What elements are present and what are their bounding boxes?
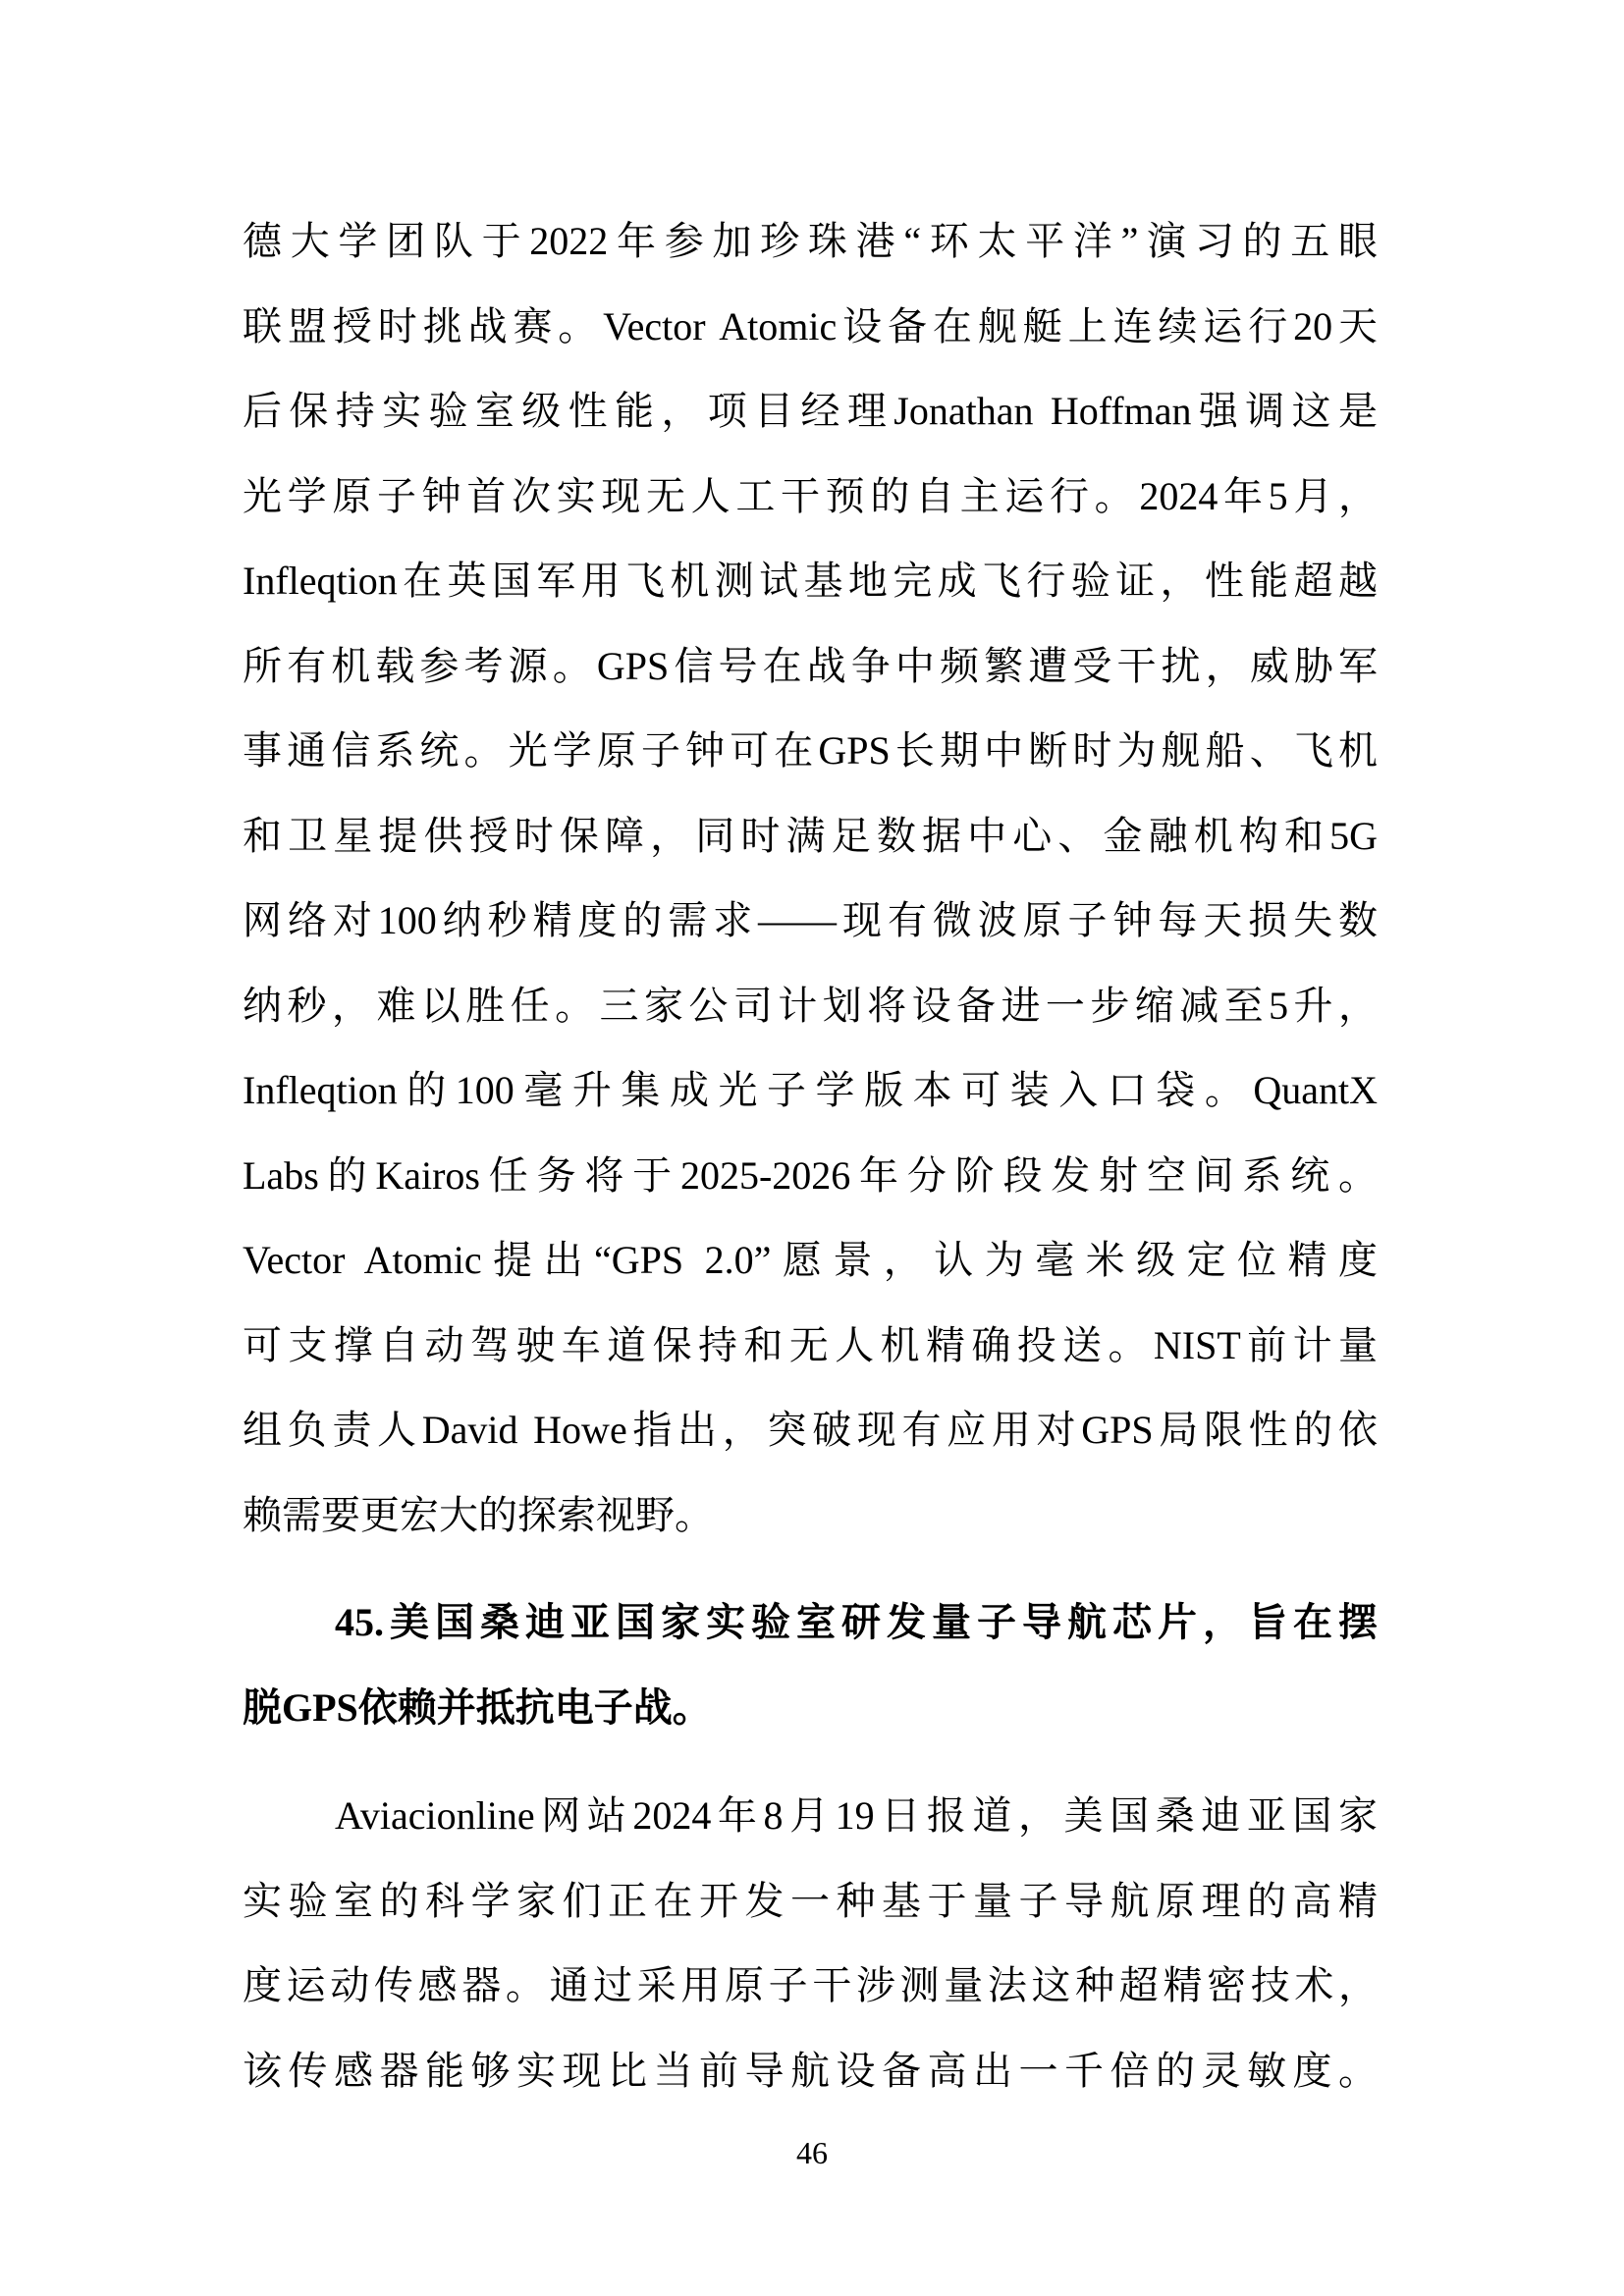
- body-line: 可支撑自动驾驶车道保持和无人机精确投送。NIST前计量: [243, 1304, 1378, 1389]
- body-line: Labs的Kairos任务将于2025-2026年分阶段发射空间系统。: [243, 1134, 1378, 1219]
- body-line: 联盟授时挑战赛。Vector Atomic设备在舰艇上连续运行20天: [243, 285, 1378, 370]
- section-heading-45: 45.美国桑迪亚国家实验室研发量子导航芯片，旨在摆 脱GPS依赖并抵抗电子战。: [243, 1580, 1378, 1750]
- body-line: 光学原子钟首次实现无人工干预的自主运行。2024年5月，: [243, 454, 1378, 540]
- page-body: 德大学团队于2022年参加珍珠港“环太平洋”演习的五眼 联盟授时挑战赛。Vect…: [243, 199, 1378, 2113]
- body-line: Vector Atomic提出“GPS 2.0”愿景，认为毫米级定位精度: [243, 1218, 1378, 1304]
- body-line: 和卫星提供授时保障，同时满足数据中心、金融机构和5G: [243, 794, 1378, 880]
- body-line: 赖需要更宏大的探索视野。: [243, 1473, 1378, 1559]
- body-line: 实验室的科学家们正在开发一种基于量子导航原理的高精: [243, 1859, 1378, 1945]
- body-line: Infleqtion在英国军用飞机测试基地完成飞行验证，性能超越: [243, 539, 1378, 624]
- body-line: 该传感器能够实现比当前导航设备高出一千倍的灵敏度。: [243, 2029, 1378, 2114]
- body-line: 组负责人David Howe指出，突破现有应用对GPS局限性的依: [243, 1388, 1378, 1473]
- body-line: Aviacionline网站2024年8月19日报道，美国桑迪亚国家: [243, 1774, 1378, 1859]
- body-line: 所有机载参考源。GPS信号在战争中频繁遭受干扰，威胁军: [243, 624, 1378, 710]
- body-line: 纳秒，难以胜任。三家公司计划将设备进一步缩减至5升，: [243, 964, 1378, 1049]
- body-line: 德大学团队于2022年参加珍珠港“环太平洋”演习的五眼: [243, 199, 1378, 285]
- body-line: Infleqtion的100毫升集成光子学版本可装入口袋。QuantX: [243, 1048, 1378, 1134]
- body-line: 后保持实验室级性能，项目经理Jonathan Hoffman强调这是: [243, 369, 1378, 454]
- page-number: 46: [0, 2132, 1624, 2173]
- section-heading-line: 45.美国桑迪亚国家实验室研发量子导航芯片，旨在摆: [243, 1580, 1378, 1666]
- body-line: 网络对100纳秒精度的需求——现有微波原子钟每天损失数: [243, 879, 1378, 964]
- paragraph-optical-atomic-clock: 德大学团队于2022年参加珍珠港“环太平洋”演习的五眼 联盟授时挑战赛。Vect…: [243, 199, 1378, 1558]
- body-line: 事通信系统。光学原子钟可在GPS长期中断时为舰船、飞机: [243, 709, 1378, 794]
- section-heading-line: 脱GPS依赖并抵抗电子战。: [243, 1666, 1378, 1751]
- body-line: 度运动传感器。通过采用原子干涉测量法这种超精密技术，: [243, 1944, 1378, 2029]
- paragraph-sandia-quantum-chip: Aviacionline网站2024年8月19日报道，美国桑迪亚国家 实验室的科…: [243, 1774, 1378, 2113]
- document-page: 德大学团队于2022年参加珍珠港“环太平洋”演习的五眼 联盟授时挑战赛。Vect…: [0, 0, 1624, 2296]
